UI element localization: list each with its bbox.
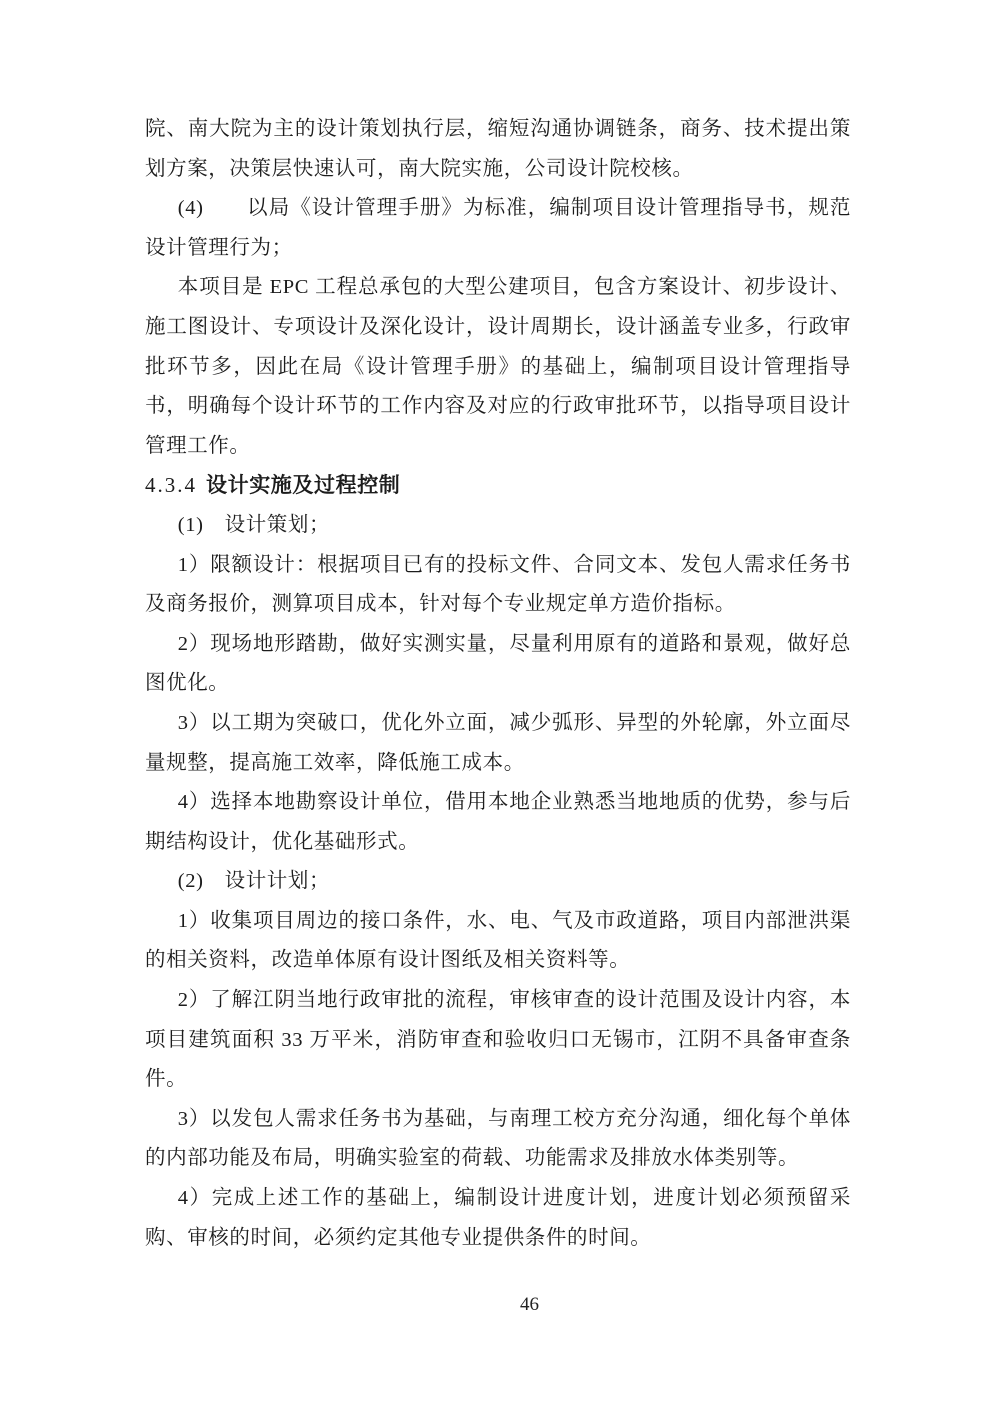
sub-item-1-interface-conditions: 1）收集项目周边的接口条件，水、电、气及市政道路，项目内部泄洪渠的相关资料，改造…: [145, 902, 851, 981]
sub-item-3-employer-requirements: 3）以发包人需求任务书为基础，与南理工校方充分沟通，细化每个单体的内部功能及布局…: [145, 1100, 851, 1179]
sub-item-3-facade-optimization: 3）以工期为突破口，优化外立面，减少弧形、异型的外轮廓，外立面尽量规整，提高施工…: [145, 704, 851, 783]
sub-item-4-local-survey-unit: 4）选择本地勘察设计单位，借用本地企业熟悉当地地质的优势，参与后期结构设计，优化…: [145, 783, 851, 862]
page-content: 院、南大院为主的设计策划执行层，缩短沟通协调链条，商务、技术提出策划方案，决策层…: [145, 110, 851, 1258]
sub-item-4-progress-plan: 4）完成上述工作的基础上，编制设计进度计划，进度计划必须预留采购、审核的时间，必…: [145, 1179, 851, 1258]
paragraph-continuation: 院、南大院为主的设计策划执行层，缩短沟通协调链条，商务、技术提出策划方案，决策层…: [145, 110, 851, 189]
page-number: 46: [520, 1294, 539, 1316]
section-heading-title: 设计实施及过程控制: [206, 473, 400, 497]
sub-item-2-site-survey: 2）现场地形踏勘，做好实测实量，尽量利用原有的道路和景观，做好总图优化。: [145, 625, 851, 704]
section-heading-4-3-4: 4.3.4设计实施及过程控制: [145, 466, 851, 506]
list-item-design-planning: (1) 设计策划；: [145, 506, 851, 546]
sub-item-1-limit-design: 1）限额设计：根据项目已有的投标文件、合同文本、发包人需求任务书及商务报价，测算…: [145, 546, 851, 625]
paragraph-epc-overview: 本项目是 EPC 工程总承包的大型公建项目，包含方案设计、初步设计、施工图设计、…: [145, 268, 851, 466]
section-heading-number: 4.3.4: [145, 473, 197, 497]
paragraph-item-4: (4) 以局《设计管理手册》为标准，编制项目设计管理指导书，规范设计管理行为；: [145, 189, 851, 268]
sub-item-2-approval-process: 2）了解江阴当地行政审批的流程，审核审查的设计范围及设计内容，本项目建筑面积 3…: [145, 981, 851, 1100]
list-item-design-schedule: (2) 设计计划；: [145, 862, 851, 902]
document-page: 院、南大院为主的设计策划执行层，缩短沟通协调链条，商务、技术提出策划方案，决策层…: [0, 0, 992, 1403]
